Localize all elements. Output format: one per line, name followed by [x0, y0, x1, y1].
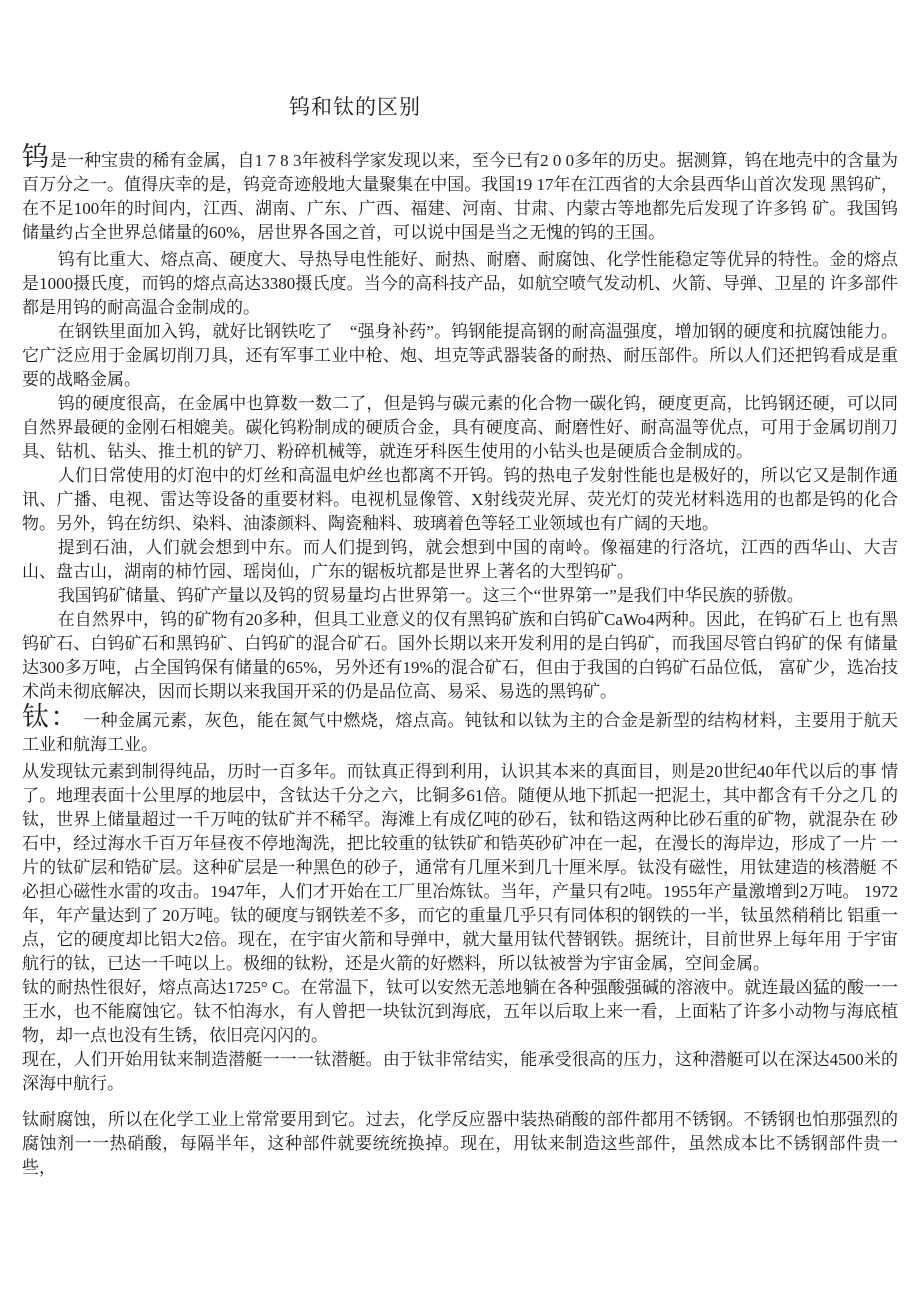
- lead-char-tungsten: 钨: [22, 142, 50, 172]
- paragraph-text: 钛的耐热性很好，熔点高达1725° C。在常温下，钛可以安然无恙地躺在各种强酸强…: [22, 978, 898, 1045]
- para-tungsten-intro: 钨是一种宝贵的稀有金属，自1 7 8 3年被科学家发现以来，至今已有2 0 0多…: [22, 144, 898, 245]
- para-tungsten-properties: 钨有比重大、熔点高、硬度大、导热导电性能好、耐热、耐磨、耐腐蚀、化学性能稳定等优…: [22, 248, 898, 320]
- paragraph-text: 提到石油，人们就会想到中东。而人们提到钨，就会想到中国的南岭。像福建的行洛坑，江…: [22, 538, 898, 581]
- para-titanium-corrosion: 钛耐腐蚀，所以在化学工业上常常要用到它。过去，化学反应器中装热硝酸的部件都用不锈…: [22, 1108, 898, 1180]
- paragraph-text: 一种金属元素，灰色，能在氮气中燃烧，熔点高。钝钛和以钛为主的合金是新型的结构材料…: [22, 711, 898, 754]
- para-titanium-submarine: 现在，人们开始用钛来制造潜艇一一一钛潜艇。由于钛非常结实，能承受很高的压力，这种…: [22, 1048, 898, 1096]
- paragraph-text: 钛耐腐蚀，所以在化学工业上常常要用到它。过去，化学反应器中装热硝酸的部件都用不锈…: [22, 1110, 898, 1177]
- paragraph-text: 现在，人们开始用钛来制造潜艇一一一钛潜艇。由于钛非常结实，能承受很高的压力，这种…: [22, 1050, 898, 1093]
- paragraph-text: 我国钨矿储量、钨矿产量以及钨的贸易量均占世界第一。这三个“世界第一”是我们中华民…: [58, 586, 804, 605]
- para-tungsten-mines: 提到石油，人们就会想到中东。而人们提到钨，就会想到中国的南岭。像福建的行洛坑，江…: [22, 536, 898, 584]
- paragraph-text: 人们日常使用的灯泡中的灯丝和高温电炉丝也都离不开钨。钨的热电子发射性能也是极好的…: [22, 466, 898, 533]
- para-tungsten-world-first: 我国钨矿储量、钨矿产量以及钨的贸易量均占世界第一。这三个“世界第一”是我们中华民…: [22, 584, 898, 608]
- paragraph-text: 在自然界中，钨的矿物有20多种，但具工业意义的仅有黑钨矿族和白钨矿CaWo4两种…: [22, 610, 898, 701]
- para-tungsten-applications: 人们日常使用的灯泡中的灯丝和高温电炉丝也都离不开钨。钨的热电子发射性能也是极好的…: [22, 464, 898, 536]
- paragraph-text: 在钢铁里面加入钨，就好比钢铁吃了 “强身补药”。钨钢能提高钢的耐高温强度，增加钢…: [22, 322, 898, 389]
- paragraph-text: 钨的硬度很高，在金属中也算数一数二了，但是钨与碳元素的化合物一碳化钨，硬度更高，…: [22, 394, 898, 461]
- para-titanium-intro: 钛： 一种金属元素，灰色，能在氮气中燃烧，熔点高。钝钛和以钛为主的合金是新型的结…: [22, 704, 898, 757]
- para-titanium-heat-resistance: 钛的耐热性很好，熔点高达1725° C。在常温下，钛可以安然无恙地躺在各种强酸强…: [22, 976, 898, 1048]
- paragraph-text: 钨有比重大、熔点高、硬度大、导热导电性能好、耐热、耐磨、耐腐蚀、化学性能稳定等优…: [22, 250, 898, 317]
- para-titanium-discovery: 从发现钛元素到制得纯品，历时一百多年。而钛真正得到利用，认识其本来的真面目，则是…: [22, 760, 898, 976]
- para-tungsten-hardness: 钨的硬度很高，在金属中也算数一数二了，但是钨与碳元素的化合物一碳化钨，硬度更高，…: [22, 392, 898, 464]
- document-title: 钨和钛的区别: [22, 94, 688, 120]
- paragraph-text: 从发现钛元素到制得纯品，历时一百多年。而钛真正得到利用，认识其本来的真面目，则是…: [22, 762, 898, 973]
- paragraph-text: 是一种宝贵的稀有金属，自1 7 8 3年被科学家发现以来，至今已有2 0 0多年…: [22, 151, 898, 242]
- para-tungsten-minerals: 在自然界中，钨的矿物有20多种，但具工业意义的仅有黑钨矿族和白钨矿CaWo4两种…: [22, 608, 898, 704]
- document-page: 钨和钛的区别 钨是一种宝贵的稀有金属，自1 7 8 3年被科学家发现以来，至今已…: [0, 0, 920, 1302]
- lead-char-titanium: 钛：: [22, 702, 79, 732]
- para-tungsten-steel: 在钢铁里面加入钨，就好比钢铁吃了 “强身补药”。钨钢能提高钢的耐高温强度，增加钢…: [22, 320, 898, 392]
